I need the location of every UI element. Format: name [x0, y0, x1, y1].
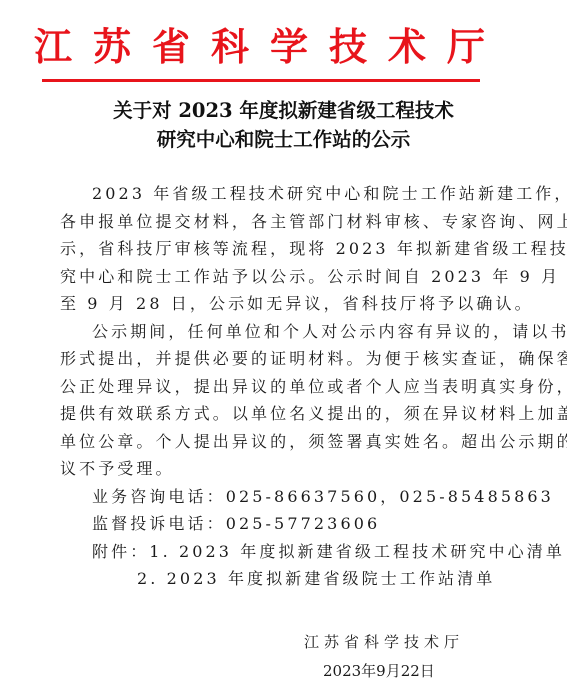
document-body: 2023 年省级工程技术研究中心和院士工作站新建工作，经 各申报单位提交材料，各…: [60, 180, 505, 593]
text-line: 议不予受理。: [60, 455, 505, 483]
attachment-2: 2. 2023 年度拟新建省级院士工作站清单: [60, 565, 505, 593]
title-line-1: 关于对 2023 年度拟新建省级工程技术: [0, 96, 567, 125]
text-line: 至 9 月 28 日，公示如无异议，省科技厅将予以确认。: [60, 290, 505, 318]
paragraph-objection: 公示期间，任何单位和个人对公示内容有异议的，请以书面 形式提出，并提供必要的证明…: [60, 318, 505, 483]
org-letterhead: 江苏省科学技术厅: [0, 24, 540, 70]
paragraph-process: 2023 年省级工程技术研究中心和院士工作站新建工作，经 各申报单位提交材料，各…: [60, 180, 505, 318]
text-line: 示，省科技厅审核等流程，现将 2023 年拟新建省级工程技术研: [60, 235, 505, 263]
document-title: 关于对 2023 年度拟新建省级工程技术 研究中心和院士工作站的公示: [0, 96, 567, 154]
business-inquiry-phone: 业务咨询电话：025-86637560，025-85485863: [60, 483, 505, 511]
signature-org: 江苏省科学技术厅: [304, 630, 464, 654]
text-line: 究中心和院士工作站予以公示。公示时间自 2023 年 9 月 22 日起: [60, 263, 505, 291]
text-line: 提供有效联系方式。以单位名义提出的，须在异议材料上加盖本: [60, 400, 505, 428]
text-line: 形式提出，并提供必要的证明材料。为便于核实查证，确保客观: [60, 345, 505, 373]
text-line: 公示期间，任何单位和个人对公示内容有异议的，请以书面: [60, 318, 505, 346]
text-line: 各申报单位提交材料，各主管部门材料审核、专家咨询、网上公: [60, 208, 505, 236]
text-line: 2023 年省级工程技术研究中心和院士工作站新建工作，经: [60, 180, 505, 208]
text-line: 公正处理异议，提出异议的单位或者个人应当表明真实身份，并: [60, 373, 505, 401]
attachment-1: 附件：1. 2023 年度拟新建省级工程技术研究中心清单: [60, 538, 505, 566]
title-line-2: 研究中心和院士工作站的公示: [0, 125, 567, 154]
signature-date: 2023年9月22日: [323, 660, 435, 682]
text-line: 单位公章。个人提出异议的，须签署真实姓名。超出公示期的异: [60, 428, 505, 456]
complaint-phone: 监督投诉电话：025-57723606: [60, 510, 505, 538]
letterhead-red-rule: [42, 79, 480, 82]
